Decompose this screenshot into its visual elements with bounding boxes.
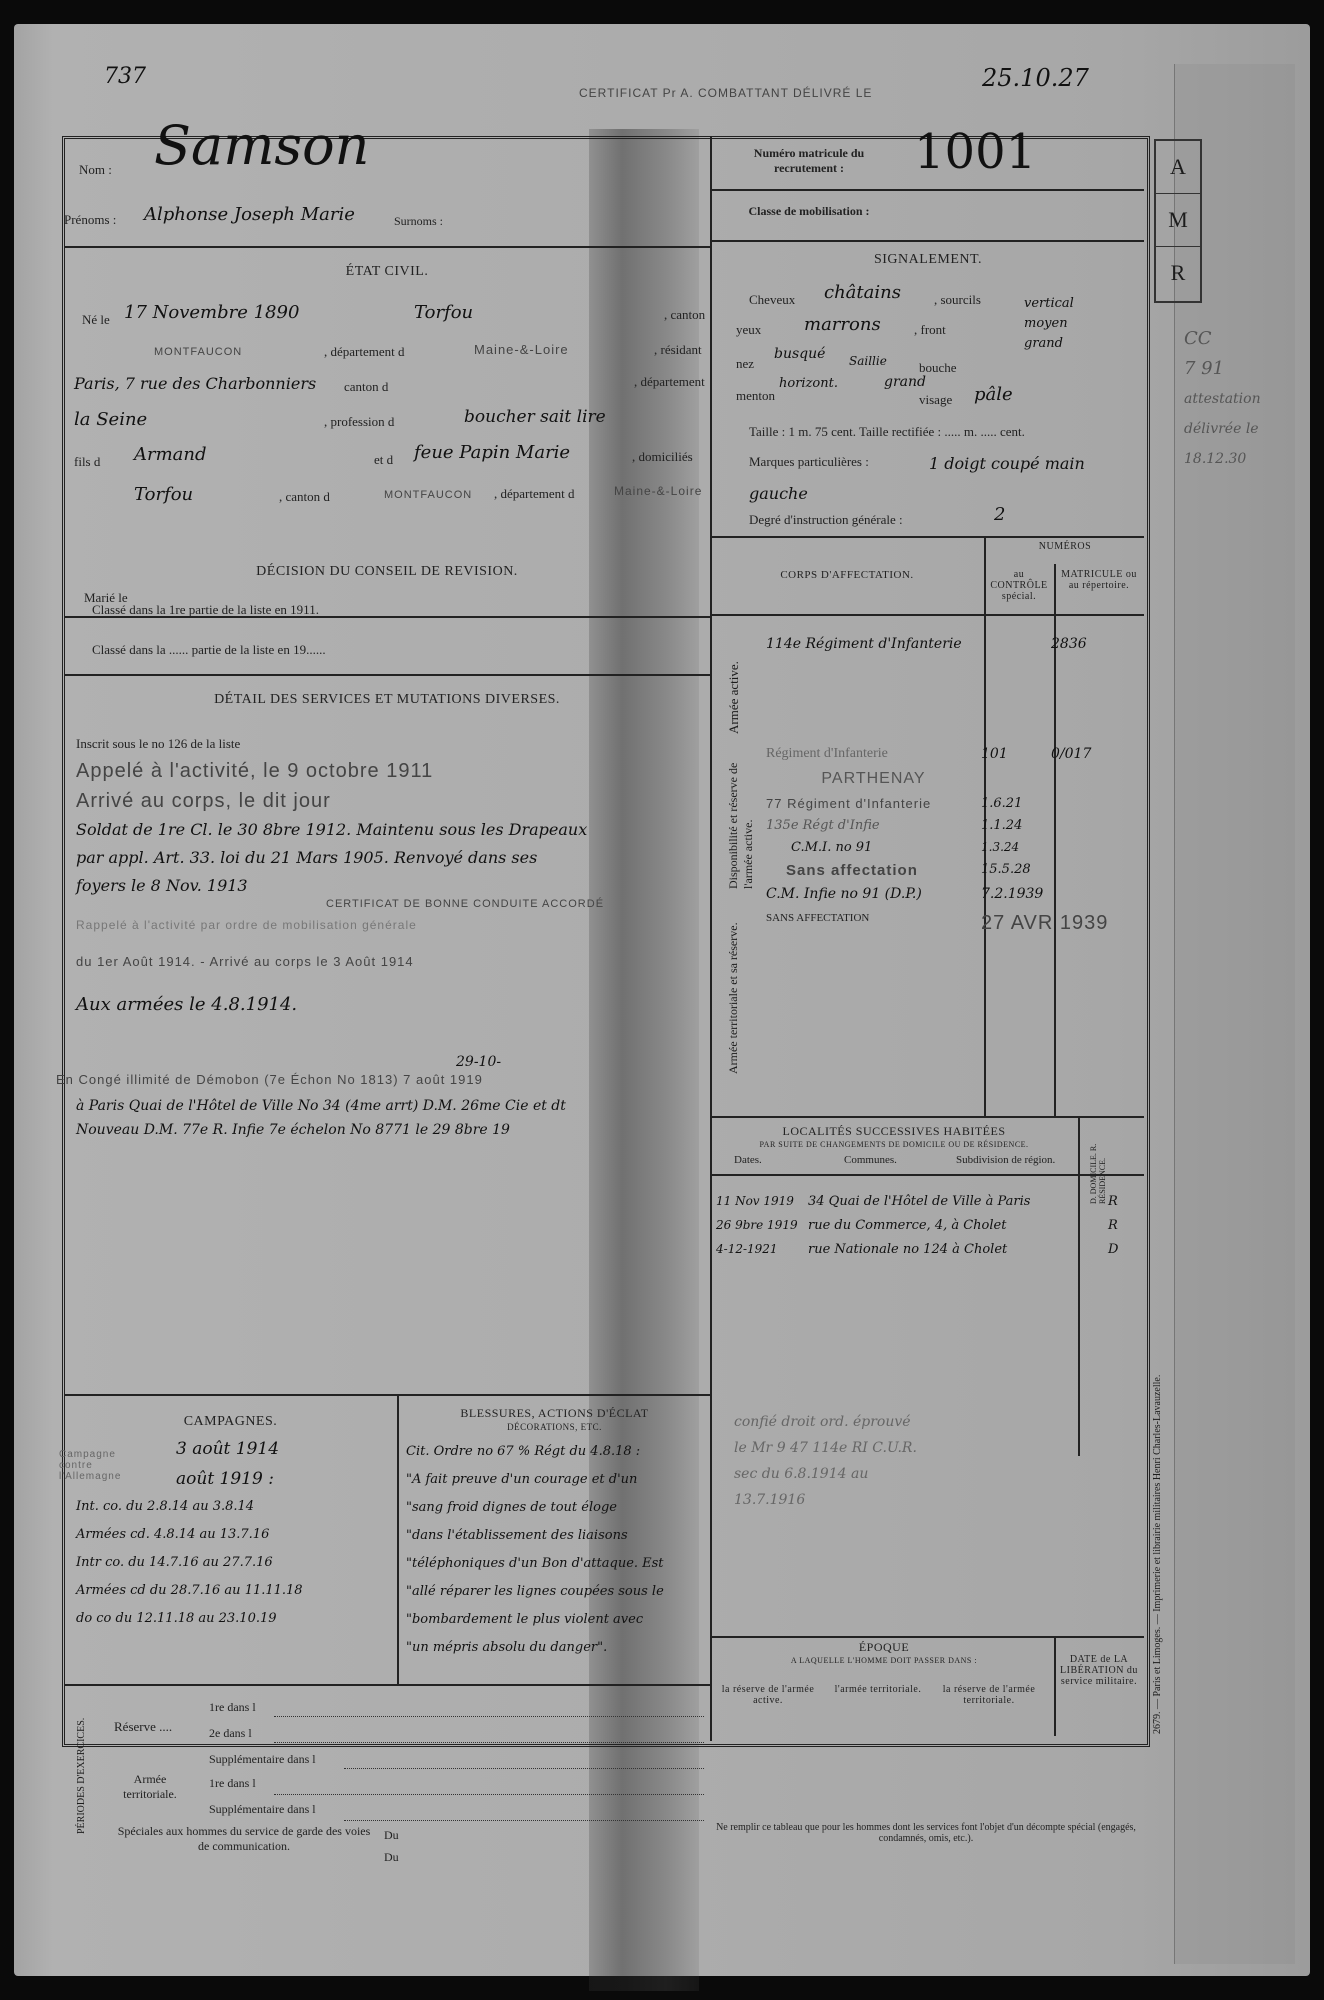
pencil-note: confié droit ord. éprouvéle Mr 9 47 114e…: [734, 1409, 917, 1513]
table-row: SANS AFFECTATION27 AVR 1939: [766, 912, 1144, 938]
table-row: 114e Régiment d'Infanterie2836: [766, 636, 1144, 666]
classe-label: Classe de mobilisation :: [734, 204, 884, 219]
matricule-label: Numéro matricule du recrutement :: [734, 146, 884, 176]
nom-label: Nom :: [79, 162, 112, 178]
table-row: Régiment d'Infanterie1010/017: [766, 746, 1144, 770]
surnoms-label: Surnoms :: [394, 214, 443, 229]
residence: Paris, 7 rue des Charbonniers: [74, 374, 316, 393]
epoque-note: Ne remplir ce tableau que pour les homme…: [716, 1822, 1136, 1844]
table-row: 26 9bre 1919rue du Commerce, 4, à Cholet…: [716, 1218, 1136, 1242]
blessures-title: BLESSURES, ACTIONS D'ÉCLAT: [399, 1406, 710, 1421]
table-row: Sans affectation15.5.28: [766, 862, 1144, 886]
localites-title: LOCALITÉS SUCCESSIVES HABITÉES: [714, 1124, 1074, 1139]
printer-imprint: 2679. — Paris et Limoges. — Imprimerie e…: [1152, 1034, 1163, 1734]
table-row: 11 Nov 191934 Quai de l'Hôtel de Ville à…: [716, 1194, 1136, 1218]
table-row: PARTHENAY: [766, 770, 1144, 796]
certificate-label: CERTIFICAT Pr A. COMBATTANT DÉLIVRÉ LE: [579, 86, 872, 100]
campagnes-title: CAMPAGNES.: [64, 1414, 397, 1430]
nom-value: Samson: [154, 114, 369, 177]
table-row: 4-12-1921rue Nationale no 124 à CholetD: [716, 1242, 1136, 1266]
register-page: 737 CERTIFICAT Pr A. COMBATTANT DÉLIVRÉ …: [14, 24, 1310, 1976]
birth-date: 17 Novembre 1890: [124, 302, 299, 323]
folio-number: 737: [104, 64, 146, 89]
date-liberation-label: DATE de LA LIBÉRATION du service militai…: [1056, 1654, 1142, 1687]
father-name: Armand: [134, 444, 207, 465]
conseil-title: DÉCISION DU CONSEIL DE REVISION.: [64, 564, 710, 580]
citation-text: Cit. Ordre no 67 % Régt du 4.8.18 : "A f…: [406, 1444, 706, 1668]
table-row: C.M. Infie no 91 (D.P.)7.2.1939: [766, 886, 1144, 912]
amr-box: A M R: [1154, 139, 1202, 303]
corps-table: 114e Régiment d'Infanterie2836 Régiment …: [766, 636, 1144, 938]
table-row: C.M.I. no 911.3.24: [766, 840, 1144, 862]
certificate-date: 25.10.27: [982, 64, 1089, 92]
prenoms-value: Alphonse Joseph Marie: [144, 204, 355, 225]
marques-particulieres: 1 doigt coupé main gauche: [749, 449, 1119, 509]
localites-table: 11 Nov 191934 Quai de l'Hôtel de Ville à…: [716, 1194, 1136, 1266]
corps-title: CORPS D'AFFECTATION.: [712, 569, 982, 581]
margin-note: CC7 91 attestationdélivrée le18.12.30: [1184, 324, 1261, 474]
etat-civil-title: ÉTAT CIVIL.: [64, 264, 710, 280]
table-row: 135e Régt d'Infie1.1.24: [766, 818, 1144, 840]
profession: boucher sait lire: [464, 407, 606, 427]
services-lines: Inscrit sous le no 126 de la liste Appel…: [76, 736, 706, 1146]
matricule-value: 1001: [914, 124, 1036, 180]
mother-name: feue Papin Marie: [414, 442, 570, 463]
table-row: 77 Régiment d'Infanterie1.6.21: [766, 796, 1144, 818]
birth-place: Torfou: [414, 302, 473, 323]
epoque-title: ÉPOQUE: [714, 1640, 1054, 1655]
signalement-title: SIGNALEMENT.: [712, 252, 1144, 268]
services-title: DÉTAIL DES SERVICES ET MUTATIONS DIVERSE…: [64, 692, 710, 708]
campagnes-lines: 3 août 1914 août 1919 : Int. co. du 2.8.…: [76, 1439, 394, 1639]
prenoms-label: Prénoms :: [64, 212, 116, 228]
